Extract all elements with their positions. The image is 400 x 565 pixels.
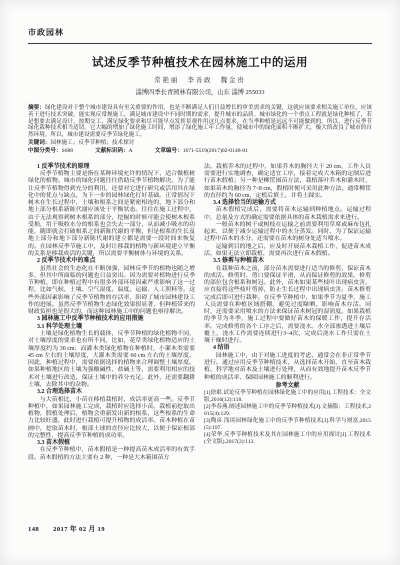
section-3-3-paragraph-partial: 在反季节种植中，苗木假植是一种提高苗木成活率的有效手段。苗木假植的方法主要有 2… [28, 447, 195, 462]
section-3-5-paragraph: 在栽种苗木之前，部分苗木需要进行适当的修剪，保证苗木的成活。修剪时，剪口要保证平… [204, 266, 371, 346]
keywords-line: 关键词：园林施工；反季节种植；技术探讨 [28, 140, 372, 147]
clc-number: 中图分类号：S688 [28, 148, 73, 155]
section-3-3-paragraph-continuation: 法。栽植乔木的过程中，如果乔木的胸径大于 20 cm，工作人员需要进行实地调查，… [204, 164, 371, 200]
article-id: 文章编号：1671-5519(2017)02-0148-01 [155, 148, 248, 155]
reference-4: [4]荣华.反季节种植技术及其在园林施工中的应用探讨[J].工程技术(全文版),… [204, 432, 371, 446]
section-2-paragraph: 虽然社会的生态化在不断加强，园林反季节的植物也随之增多，但其中所面临的问题也日益… [28, 266, 195, 317]
two-column-body: 1 反季节技术的原理 反季节植物主要是指在某种环境允许的情况下，适合做植树绿化的… [28, 164, 372, 462]
abstract-label: 摘要： [28, 105, 45, 111]
reference-1: [1]徐艰.试论反季节种植在园林绿化施工中的应用[J].工程技术：全文版,201… [204, 390, 371, 404]
section-4-paragraph: 园林施工中，由于对施工进度的考虑，通常会在非正常季节进行。通过应用反季节种植技术… [204, 353, 371, 382]
section-1-paragraph: 反季节植物主要是指在某种环境允许的情况下，适合做植树绿化的植物。城市的绿化问题往… [28, 171, 195, 258]
left-column: 1 反季节技术的原理 反季节植物主要是指在某种环境允许的情况下，适合做植树绿化的… [28, 164, 195, 462]
section-3-4-paragraph-3: 运输到目的地之后，应及时开展苗木栽植工作，促进苗木成活。如果无法立即栽植，需要再… [204, 244, 371, 259]
keywords-label: 关键词： [28, 140, 50, 146]
abstract-paragraph: 摘要：绿化建设对于整个城市建设具有至关重要的作用，也是不断满足人们日益增长的审美… [28, 105, 372, 139]
scanned-paper-page: 市政园林 试述反季节种植技术在园林施工中的运用 常艳丽 李善政 魏金贵 淄博四季… [0, 0, 400, 565]
section-3-1-paragraph: 土壤是绿化植物生长的载体，反季节种植的绿化植物不同，对土壤厚度的要求也有所不同，… [28, 331, 195, 389]
section-3-2-paragraph: 与大苗相比，小苗在移植栽植时，成活率更高一些。反季节种植中，如果园林施工完成，栽… [28, 397, 195, 441]
right-column: 法。栽植乔木的过程中，如果乔木的胸径大于 20 cm，工作人员需要进行实地调查，… [204, 164, 371, 462]
section-3-4-paragraph-1: 苗木假植完成后，需要将苗木运输到种植地点。运输过程中，总量及方式的确定需要依据具… [204, 207, 371, 222]
page-footer: 148 2017 年 02 月 19 [28, 523, 105, 533]
article-title: 试述反季节种植技术在园林施工中的运用 [28, 54, 372, 70]
reference-2: [2]李春燕.阐述园林施工中的反季节种植技术[J].文摘版：工程技术,2015(… [204, 404, 371, 418]
section-heading-2: 2 反季节技术中的难点 [28, 258, 195, 265]
section-heading-3: 3 园林施工中反季节种植技术的应用措施 [28, 316, 195, 323]
section-3-4-paragraph-2: 一般苗木的树干或树枝在运输之前需要利用草席或麻布包扎起来，以便于减少运输过程中的… [204, 222, 371, 244]
article-affiliation: 淄博四季长青园林有限公司，山东 淄博 255033 [28, 87, 372, 96]
issue-date: 2017 年 02 月 19 [53, 526, 105, 533]
references-title: 参考文献 [204, 382, 371, 390]
section-heading-4: 4 结语 [204, 345, 371, 352]
article-authors: 常艳丽 李善政 魏金贵 [28, 75, 372, 84]
document-code: 文献标识码：A [95, 148, 133, 155]
section-heading-3-2: 3.2 合理选择苗木 [28, 389, 195, 396]
abstract-text: 绿化建设对于整个城市建设具有至关重要的作用，也是不断满足人们日益增长的审美需求的… [28, 105, 372, 138]
page-number: 148 [28, 526, 39, 533]
journal-column-header: 市政园林 [28, 22, 372, 44]
journal-category-label: 市政园林 [28, 28, 64, 37]
reference-3: [3]陶彦.浅谈园林绿化施工中的反季节种植技术[J].科学与财富,2015(5)… [204, 418, 371, 432]
section-heading-3-5: 3.5 修剪与种植苗木 [204, 258, 371, 265]
article-meta-line: 中图分类号：S688 文献标识码：A 文章编号：1671-5519(2017)0… [28, 148, 372, 155]
keywords-text: 园林施工；反季节种植；技术探讨 [50, 140, 134, 146]
